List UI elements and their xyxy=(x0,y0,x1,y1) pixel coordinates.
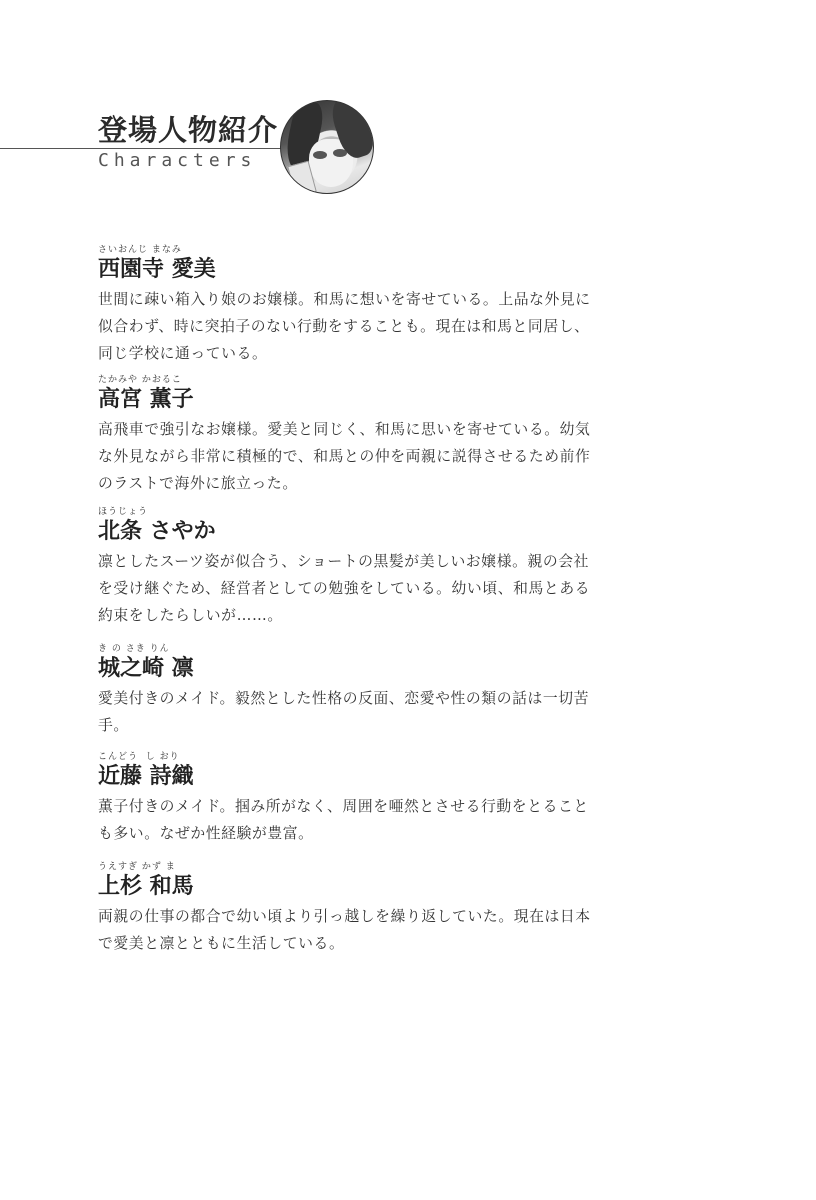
header-rule xyxy=(0,148,282,149)
character-portrait-icon xyxy=(280,100,374,194)
page-subtitle: Characters xyxy=(98,150,256,171)
character-entry: たかみや かおるこ 高宮 薫子 高飛車で強引なお嬢様。愛美と同じく、和馬に思いを… xyxy=(98,375,598,507)
character-description: 両親の仕事の都合で幼い頃より引っ越しを繰り返していた。現在は日本で愛美と凛ととも… xyxy=(98,903,598,957)
character-list: さいおんじ まなみ 西園寺 愛美 世間に疎い箱入り娘のお嬢様。和馬に想いを寄せて… xyxy=(98,245,598,957)
character-name: 西園寺 愛美 xyxy=(98,256,598,283)
character-entry: ほうじょう 北条 さやか 凛としたスーツ姿が似合う、ショートの黒髪が美しいお嬢様… xyxy=(98,507,598,644)
page-title: 登場人物紹介 xyxy=(98,108,278,149)
page-header: 登場人物紹介 Characters xyxy=(0,0,816,210)
character-entry: き の さき りん 城之崎 凛 愛美付きのメイド。毅然とした性格の反面、恋愛や性… xyxy=(98,644,598,752)
name-reading: ほうじょう xyxy=(98,507,598,518)
character-description: 高飛車で強引なお嬢様。愛美と同じく、和馬に思いを寄せている。幼気な外見ながら非常… xyxy=(98,416,598,497)
character-description: 凛としたスーツ姿が似合う、ショートの黒髪が美しいお嬢様。親の会社を受け継ぐため、… xyxy=(98,548,598,629)
name-reading: うえすぎ かず ま xyxy=(98,862,598,873)
character-name: 近藤 詩織 xyxy=(98,763,598,790)
name-reading: き の さき りん xyxy=(98,644,598,655)
name-reading: こんどう し おり xyxy=(98,752,598,763)
character-name: 城之崎 凛 xyxy=(98,655,598,682)
character-entry: うえすぎ かず ま 上杉 和馬 両親の仕事の都合で幼い頃より引っ越しを繰り返して… xyxy=(98,862,598,957)
character-name: 上杉 和馬 xyxy=(98,873,598,900)
character-name: 北条 さやか xyxy=(98,518,598,545)
character-name: 高宮 薫子 xyxy=(98,386,598,413)
name-reading: さいおんじ まなみ xyxy=(98,245,598,256)
character-description: 薫子付きのメイド。掴み所がなく、周囲を唖然とさせる行動をとることも多い。なぜか性… xyxy=(98,793,598,847)
character-description: 愛美付きのメイド。毅然とした性格の反面、恋愛や性の類の話は一切苦手。 xyxy=(98,685,598,739)
character-entry: さいおんじ まなみ 西園寺 愛美 世間に疎い箱入り娘のお嬢様。和馬に想いを寄せて… xyxy=(98,245,598,375)
character-entry: こんどう し おり 近藤 詩織 薫子付きのメイド。掴み所がなく、周囲を唖然とさせ… xyxy=(98,752,598,862)
name-reading: たかみや かおるこ xyxy=(98,375,598,386)
character-description: 世間に疎い箱入り娘のお嬢様。和馬に想いを寄せている。上品な外見に似合わず、時に突… xyxy=(98,286,598,367)
